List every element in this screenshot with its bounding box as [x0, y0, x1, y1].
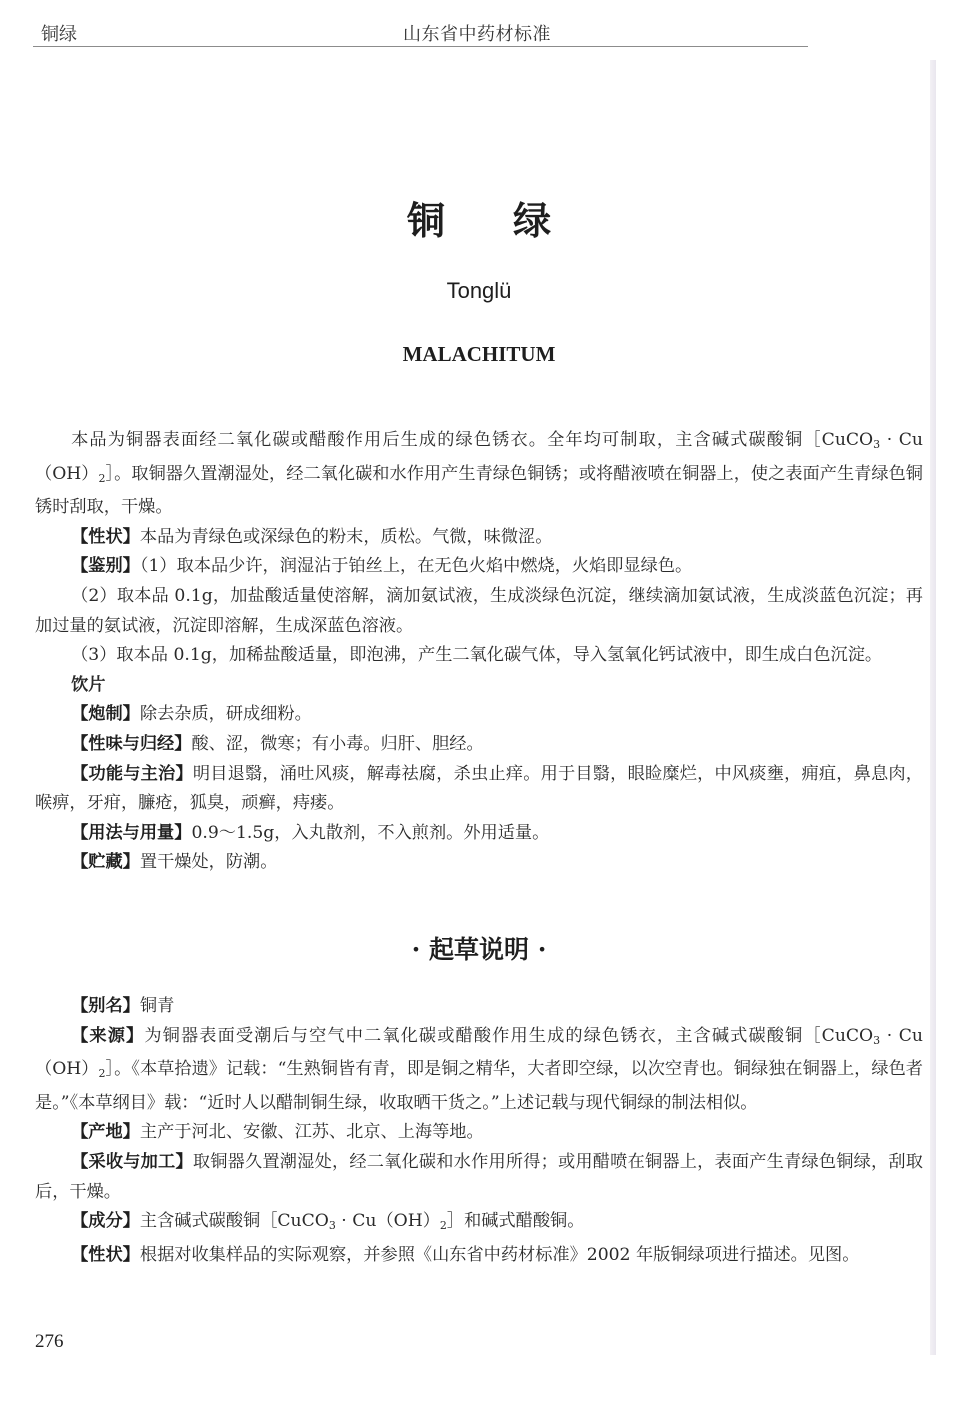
item-harvest-processing: 【采收与加工】取铜器久置潮湿处，经二氧化碳和水作用所得；或用醋喷在铜器上，表面产…: [35, 1148, 923, 1207]
header-entry-name: 铜绿: [41, 20, 77, 46]
item-label: 【成分】: [71, 1211, 140, 1231]
item-label: 【性状】: [71, 1245, 140, 1265]
intro-paragraph: 本品为铜器表面经二氧化碳或醋酸作用后生成的绿色锈衣。全年均可制取，主含碱式碳酸铜…: [35, 426, 923, 523]
entry-title-latin: MALACHITUM: [0, 342, 958, 367]
item-label: 【性味与归经】: [71, 734, 191, 754]
item-label: 【贮藏】: [71, 852, 140, 872]
title-char-1: 铜: [407, 190, 445, 245]
subheading-decoction-pieces: 饮片: [35, 671, 923, 701]
item-nature-meridian: 【性味与归经】酸、涩，微寒；有小毒。归肝、胆经。: [35, 730, 923, 760]
entry-title-chinese: 铜绿: [0, 190, 958, 245]
item-identification: 【鉴别】（1）取本品少许，润湿沾于铂丝上，在无色火焰中燃烧，火焰即显绿色。: [35, 552, 923, 582]
item-label: 【功能与主治】: [71, 764, 193, 784]
drafting-notes-heading: · 起草说明 ·: [0, 930, 958, 966]
item-alias: 【别名】铜青: [35, 992, 923, 1022]
item-source: 【来源】为铜器表面受潮后与空气中二氧化碳或醋酸作用生成的绿色锈衣，主含碱式碳酸铜…: [35, 1022, 923, 1119]
item-label: 【性状】: [71, 527, 140, 547]
item-functions-indications: 【功能与主治】明目退翳，涌吐风痰，解毒祛腐，杀虫止痒。用于目翳，眼睑糜烂，中风痰…: [35, 760, 923, 819]
item-label: 【来源】: [71, 1026, 144, 1046]
item-label: 【采收与加工】: [71, 1152, 193, 1172]
page-number: 276: [35, 1331, 64, 1353]
item-label: 【别名】: [71, 996, 140, 1016]
identification-test-3: （3）取本品 0.1g，加稀盐酸适量，即泡沸，产生二氧化碳气体，导入氢氧化钙试液…: [35, 641, 923, 671]
item-origin: 【产地】主产于河北、安徽、江苏、北京、上海等地。: [35, 1118, 923, 1148]
drafting-notes-body: 【别名】铜青 【来源】为铜器表面受潮后与空气中二氧化碳或醋酸作用生成的绿色锈衣，…: [35, 992, 923, 1270]
monograph-body: 本品为铜器表面经二氧化碳或醋酸作用后生成的绿色锈衣。全年均可制取，主含碱式碳酸铜…: [35, 426, 923, 878]
header-book-title: 山东省中药材标准: [403, 20, 551, 46]
running-header: 铜绿 山东省中药材标准: [33, 14, 808, 47]
item-label: 【用法与用量】: [71, 823, 191, 843]
identification-test-2: （2）取本品 0.1g，加盐酸适量使溶解，滴加氨试液，生成淡绿色沉淀，继续滴加氨…: [35, 582, 923, 641]
item-description: 【性状】本品为青绿色或深绿色的粉末，质松。气微，味微涩。: [35, 523, 923, 553]
item-composition: 【成分】主含碱式碳酸铜［CuCO3 · Cu（OH）2］和碱式醋酸铜。: [35, 1207, 923, 1241]
item-storage: 【贮藏】置干燥处，防潮。: [35, 848, 923, 878]
entry-title-pinyin: Tonglü: [0, 278, 958, 304]
title-char-2: 绿: [513, 190, 551, 245]
item-usage-dosage: 【用法与用量】0.9～1.5g，入丸散剂，不入煎剂。外用适量。: [35, 819, 923, 849]
item-processing: 【炮制】除去杂质，研成细粉。: [35, 700, 923, 730]
item-label: 【鉴别】: [71, 556, 140, 576]
item-label: 【产地】: [71, 1122, 140, 1142]
item-label: 【炮制】: [71, 704, 140, 724]
page-edge-shadow: [930, 60, 936, 1355]
item-description-notes: 【性状】根据对收集样品的实际观察，并参照《山东省中药材标准》2002 年版铜绿项…: [35, 1241, 923, 1271]
